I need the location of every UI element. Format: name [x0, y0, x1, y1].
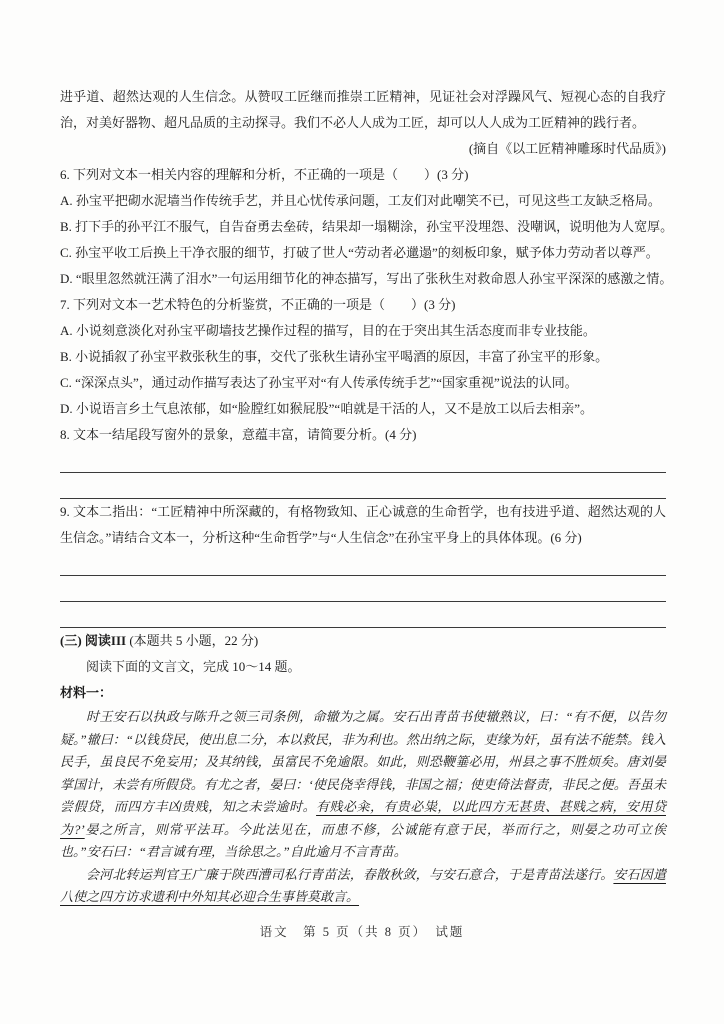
section-3-points: (本题共 5 小题，22 分) — [126, 633, 258, 648]
question-7-option-d: D. 小说语言乡土气息浓郁，如“脸膛红如猴屁股”“咱就是干活的人，又不是放工以后… — [60, 396, 666, 422]
question-7-option-c: C. “深深点头”，通过动作描写表达了孙宝平对“有人传承传统手艺”“国家重视”说… — [60, 370, 666, 396]
question-6-option-c: C. 孙宝平收工后换上干净衣服的细节，打破了世人“劳动者必邋遢”的刻板印象，赋予… — [60, 240, 666, 266]
question-6-option-a: A. 孙宝平把砌水泥墙当作传统手艺，并且心忧传承问题，工友们对此嘲笑不已，可见这… — [60, 188, 666, 214]
answer-line — [60, 550, 666, 576]
section-3-title: (三) 阅读III — [60, 633, 126, 648]
question-8-answer-area — [60, 447, 666, 499]
answer-line — [60, 447, 666, 473]
page-content: 进乎道、超然达观的人生信念。从赞叹工匠继而推崇工匠精神，见证社会对浮躁风气、短视… — [60, 84, 666, 909]
section-3-heading: (三) 阅读III (本题共 5 小题，22 分) — [60, 628, 666, 654]
question-7-stem: 7. 下列对文本一艺术特色的分析鉴赏，不正确的一项是（ ）(3 分) — [60, 292, 666, 318]
question-6-option-d: D. “眼里忽然就汪满了泪水”一句运用细节化的神态描写，写出了张秋生对救命恩人孙… — [60, 266, 666, 292]
material-1-paragraph-1: 时王安石以执政与陈升之领三司条例，命辙为之属。安石出青苗书使辙熟议，曰：“有不便… — [60, 706, 666, 864]
source-attribution: (摘自《以工匠精神雕琢时代品质》) — [60, 136, 666, 162]
question-6-stem: 6. 下列对文本一相关内容的理解和分析，不正确的一项是（ ）(3 分) — [60, 162, 666, 188]
question-6-option-b: B. 打下手的孙平江不服气，自告奋勇去垒砖，结果却一塌糊涂，孙宝平没埋怨、没嘲讽… — [60, 214, 666, 240]
material-1-label: 材料一： — [60, 680, 666, 706]
question-9-answer-area — [60, 550, 666, 628]
reading-instruction: 阅读下面的文言文，完成 10～14 题。 — [60, 654, 666, 680]
question-8-stem: 8. 文本一结尾段写窗外的景象，意蕴丰富，请简要分析。(4 分) — [60, 422, 666, 448]
material-1-paragraph-2: 会河北转运判官王广廉于陕西漕司私行青苗法，春散秋敛，与安石意合，于是青苗法遂行。… — [60, 864, 666, 909]
answer-line — [60, 576, 666, 602]
intro-paragraph: 进乎道、超然达观的人生信念。从赞叹工匠继而推崇工匠精神，见证社会对浮躁风气、短视… — [60, 84, 666, 136]
question-7-option-a: A. 小说刻意淡化对孙宝平砌墙技艺操作过程的描写，目的在于突出其生活态度而非专业… — [60, 318, 666, 344]
page-footer: 语文 第 5 页（共 8 页） 试题 — [0, 922, 724, 940]
answer-line — [60, 602, 666, 628]
question-7-option-b: B. 小说插叙了孙宝平救张秋生的事，交代了张秋生请孙宝平喝酒的原因，丰富了孙宝平… — [60, 344, 666, 370]
question-9-stem: 9. 文本二指出：“工匠精神中所深藏的，有格物致知、正心诚意的生命哲学，也有技进… — [60, 499, 666, 551]
answer-line — [60, 473, 666, 499]
exam-page: 进乎道、超然达观的人生信念。从赞叹工匠继而推崇工匠精神，见证社会对浮躁风气、短视… — [0, 0, 724, 1024]
